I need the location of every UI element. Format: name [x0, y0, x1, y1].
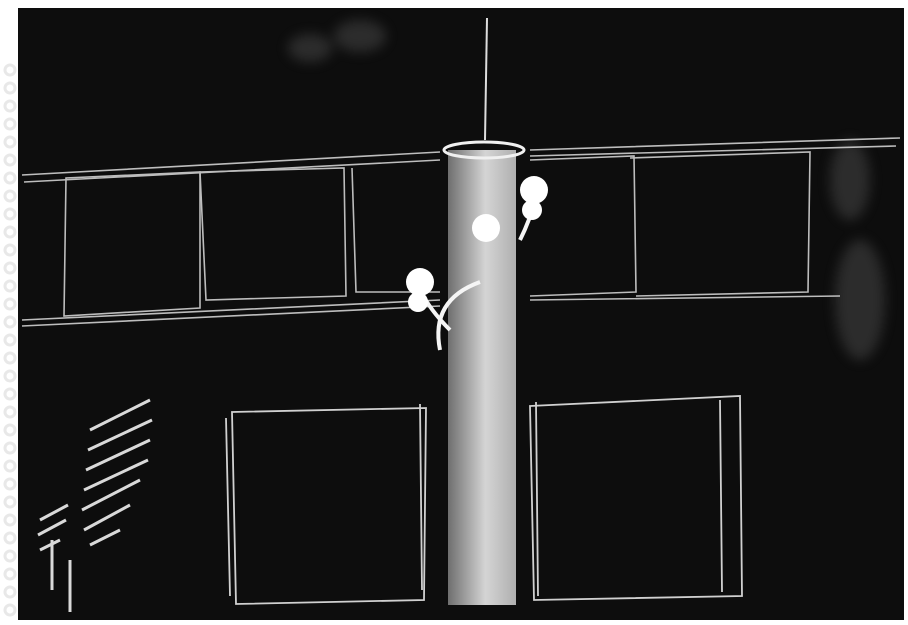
chalk-scribble — [38, 400, 152, 612]
chalk-drawing — [0, 0, 908, 625]
central-column — [444, 18, 524, 605]
